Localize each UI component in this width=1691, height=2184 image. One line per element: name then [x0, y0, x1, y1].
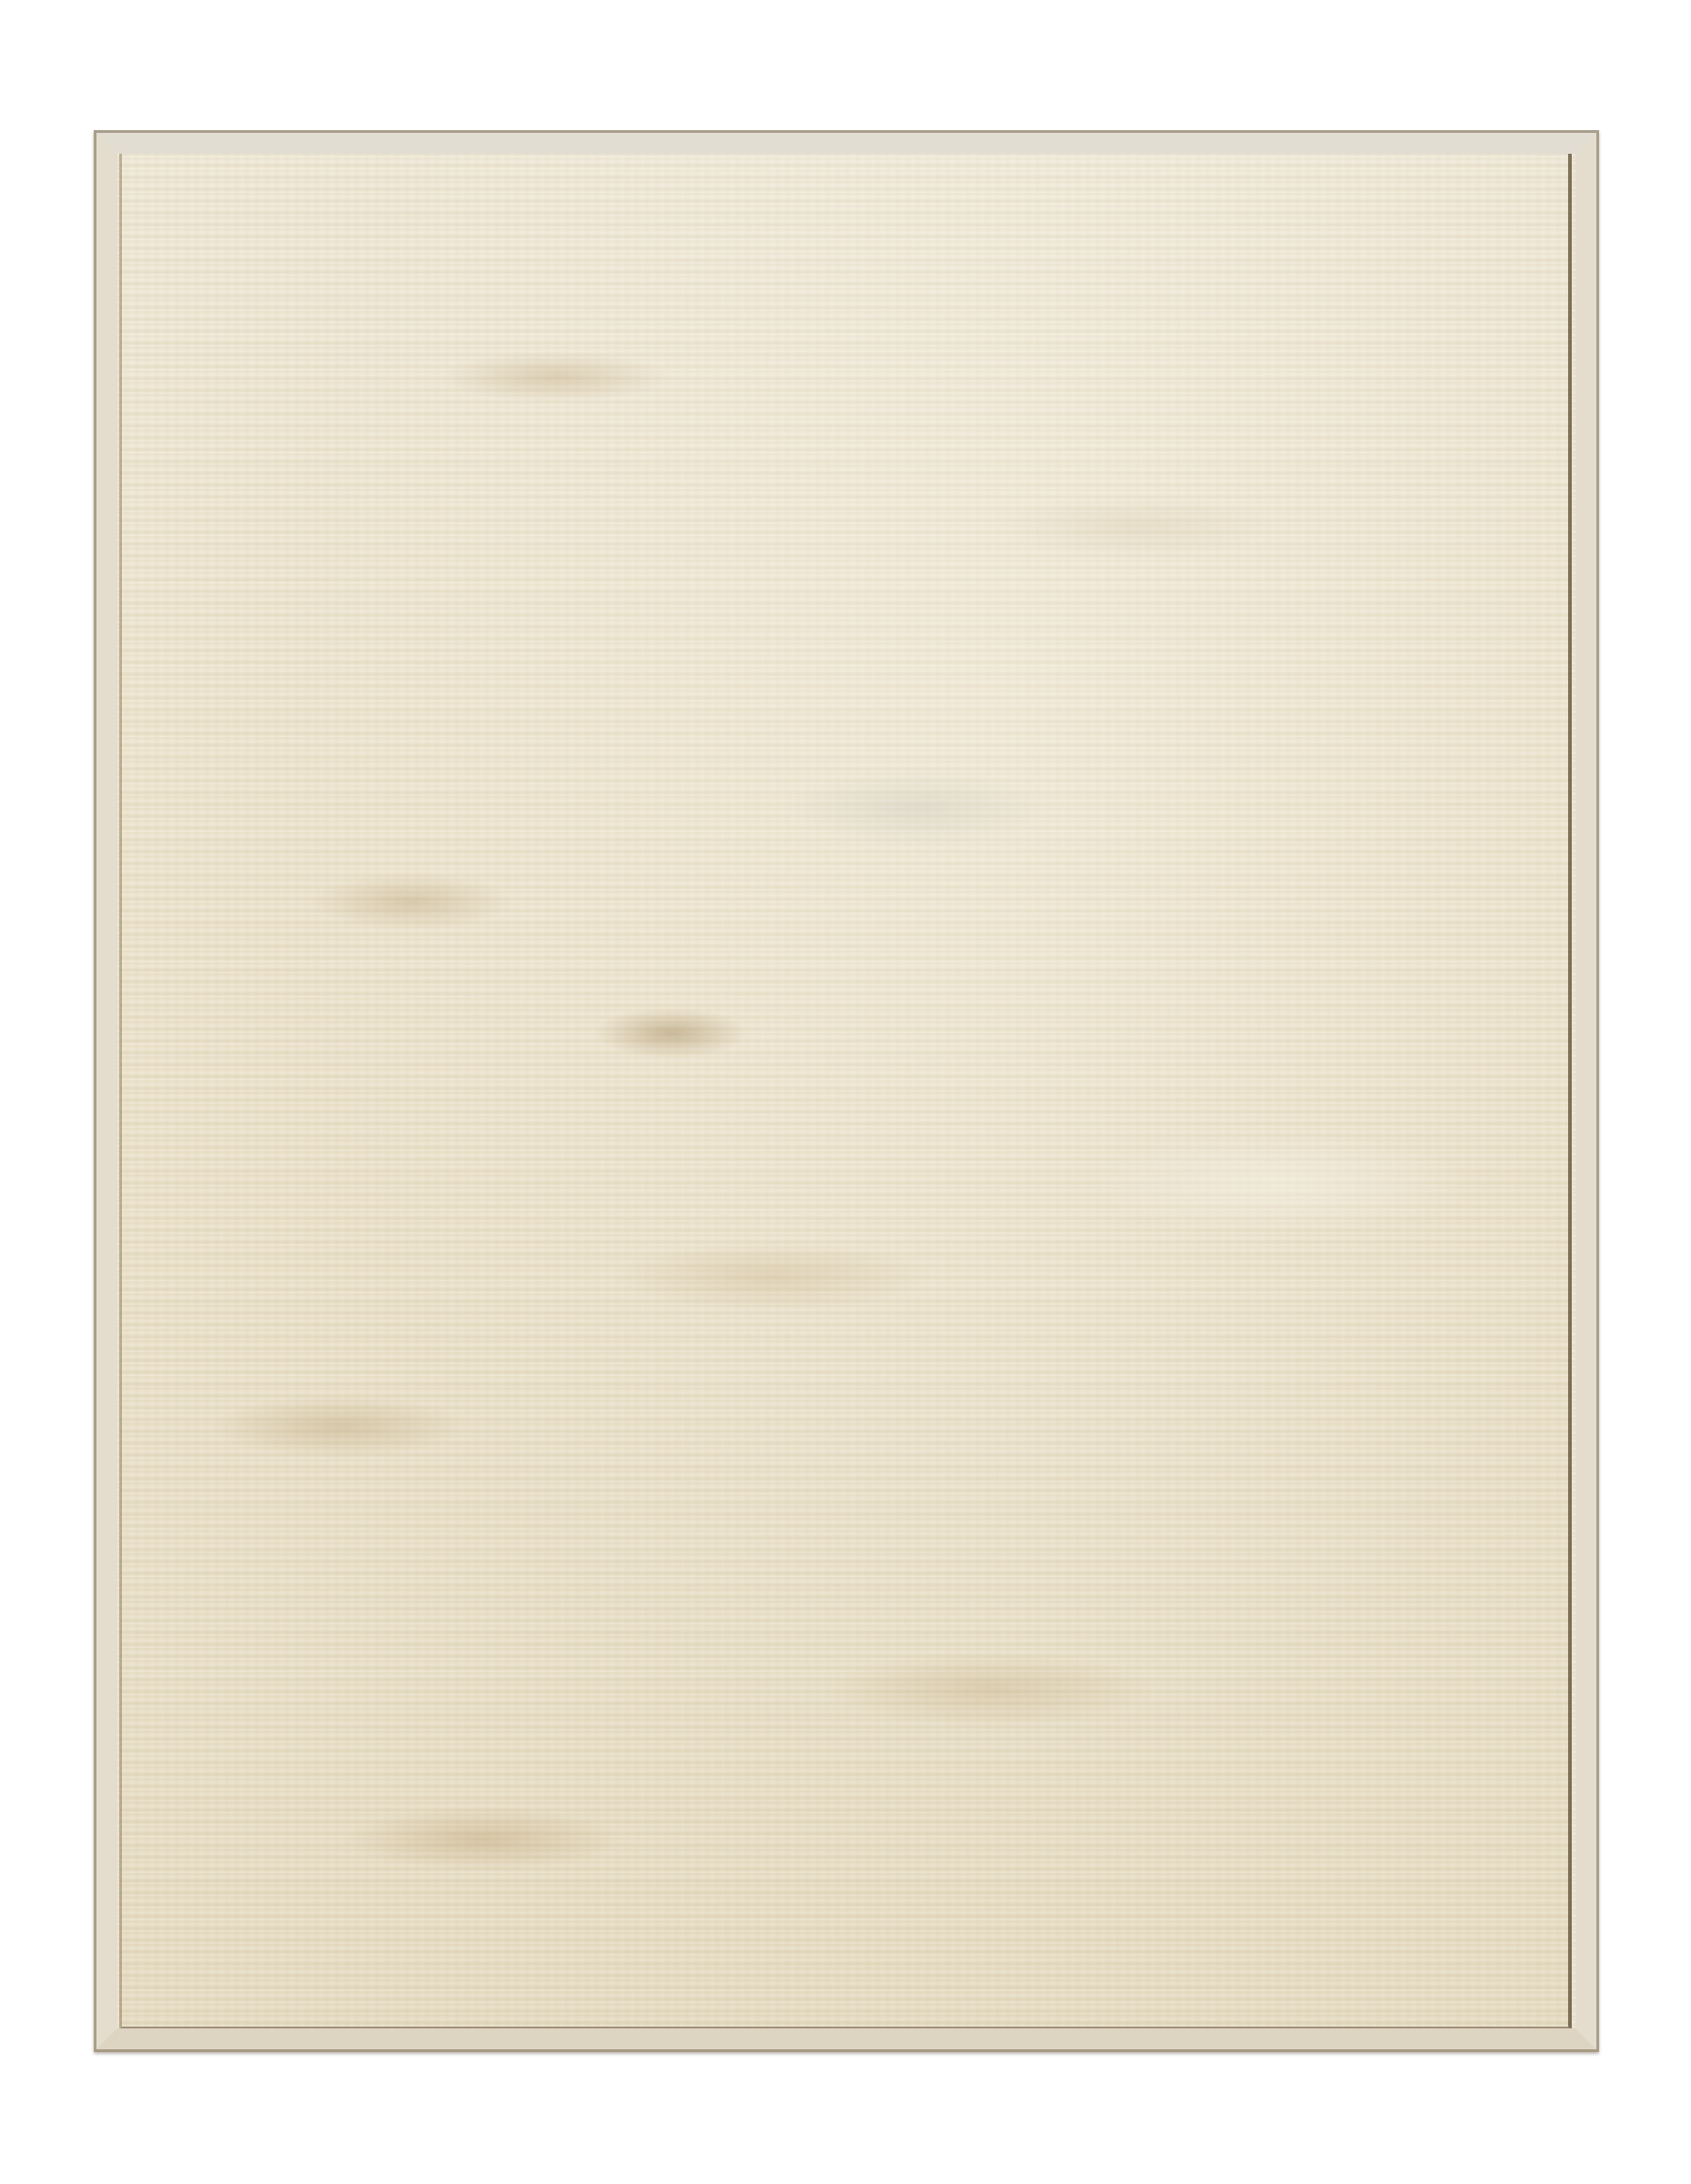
pile-highlight [122, 152, 1568, 2027]
rug-pile [119, 150, 1572, 2030]
shag-rug [94, 130, 1599, 2052]
photo-canvas [0, 0, 1691, 2184]
